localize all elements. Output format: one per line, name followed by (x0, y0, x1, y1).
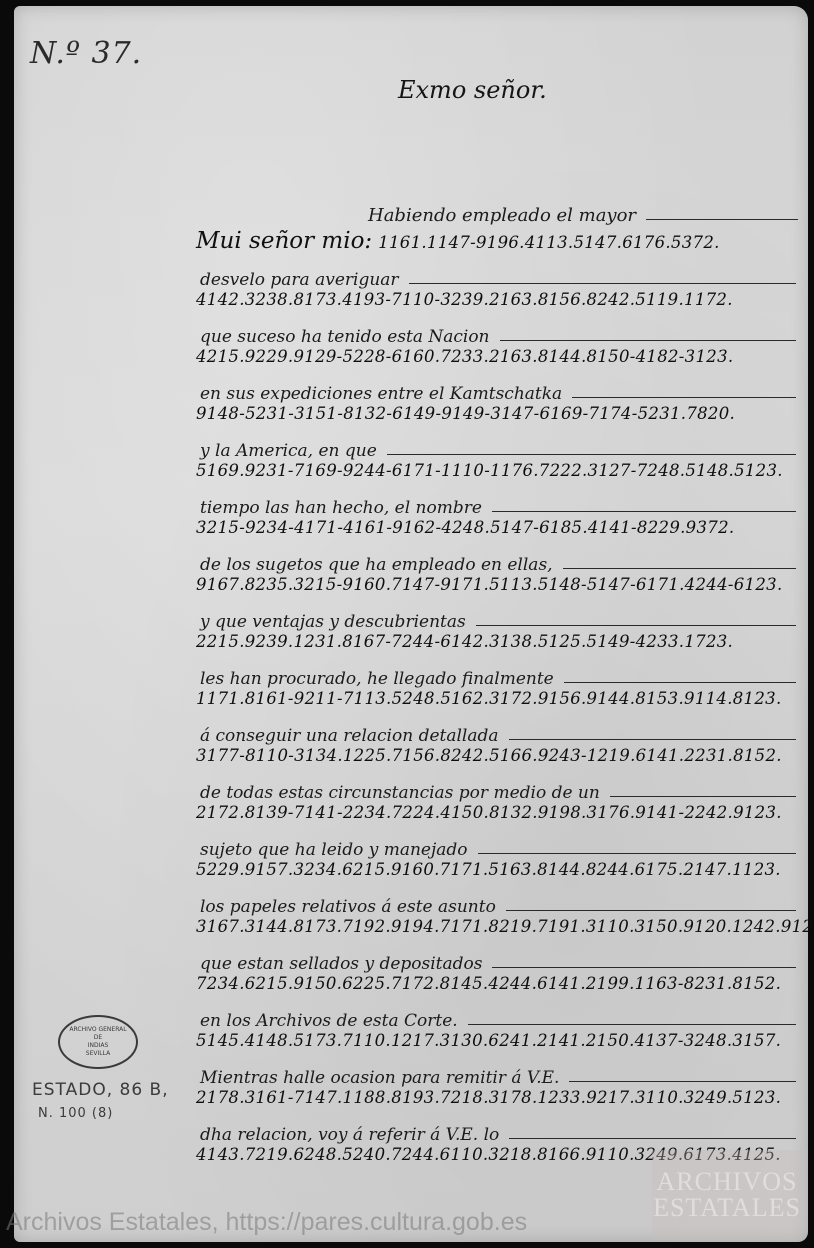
plaintext-text: en sus expediciones entre el Kamtschatka (200, 384, 562, 404)
line-pair: los papeles relativos á este asunto 3167… (196, 891, 802, 948)
cipher-line: 1161.1147-9196.4113.5147.6176.5372. (378, 233, 719, 252)
line-filler-rule (572, 397, 796, 398)
shelfmark-line1: ESTADO, 86 B, (32, 1080, 169, 1100)
line-filler-rule (509, 739, 796, 740)
logo-text: ARCHIVOS (657, 1169, 798, 1195)
plaintext-line: y que ventajas y descubrientas (200, 606, 796, 632)
line-pair: en sus expediciones entre el Kamtschatka… (196, 378, 802, 435)
line-filler-rule (468, 1024, 796, 1025)
greeting-row: Mui señor mio: 1161.1147-9196.4113.5147.… (196, 228, 720, 254)
line-filler-rule (492, 967, 796, 968)
cipher-line: 7234.6215.9150.6225.7172.8145.4244.6141.… (196, 974, 802, 993)
cipher-line: 4215.9229.9129-5228-6160.7233.2163.8144.… (196, 347, 802, 366)
cipher-line: 3215-9234-4171-4161-9162-4248.5147-6185.… (196, 518, 802, 537)
cipher-line: 3177-8110-3134.1225.7156.8242.5166.9243-… (196, 746, 802, 765)
plaintext-text: que estan sellados y depositados (200, 954, 482, 974)
archive-stamp: ARCHIVO GENERAL DE INDIAS SEVILLA (58, 1015, 138, 1069)
plaintext-line: en sus expediciones entre el Kamtschatka (200, 378, 796, 404)
line-pair: de todas estas circunstancias por medio … (196, 777, 802, 834)
stamp-text: DE (94, 1034, 102, 1042)
cipher-line: 3167.3144.8173.7192.9194.7171.8219.7191.… (196, 917, 802, 936)
line-pair: Mientras halle ocasion para remitir á V.… (196, 1062, 802, 1119)
plaintext-line: á conseguir una relacion detallada (200, 720, 796, 746)
plaintext-line: los papeles relativos á este asunto (200, 891, 796, 917)
line-pair: á conseguir una relacion detallada 3177-… (196, 720, 802, 777)
stamp-text: INDIAS (88, 1042, 109, 1050)
line-filler-rule (478, 853, 796, 854)
plaintext-text: sujeto que ha leido y manejado (200, 840, 468, 860)
line-filler-rule (476, 625, 796, 626)
shelfmark-line2: N. 100 (8) (38, 1106, 169, 1121)
plaintext-text: y la America, en que (200, 441, 377, 461)
plaintext-line: Mientras halle ocasion para remitir á V.… (200, 1062, 796, 1088)
line-filler-rule (569, 1081, 796, 1082)
plaintext-text: Habiendo empleado el mayor (368, 205, 636, 226)
plaintext-text: Mientras halle ocasion para remitir á V.… (200, 1068, 559, 1088)
stamp-text: SEVILLA (86, 1050, 110, 1058)
plaintext-line: dha relacion, voy á referir á V.E. lo (200, 1119, 796, 1145)
line-pair: sujeto que ha leido y manejado 5229.9157… (196, 834, 802, 891)
cipher-line: 9148-5231-3151-8132-6149-9149-3147-6169-… (196, 404, 802, 423)
watermark-text: Archivos Estatales, https://pares.cultur… (6, 1208, 527, 1237)
line-filler-rule (409, 283, 796, 284)
line-filler-rule (506, 910, 796, 911)
line-filler-rule (509, 1138, 796, 1139)
plaintext-line: que suceso ha tenido esta Nacion (200, 321, 796, 347)
cipher-line: 5169.9231-7169-9244-6171-1110-1176.7222.… (196, 461, 802, 480)
logo-text: ESTATALES (653, 1195, 801, 1221)
line-pair: que suceso ha tenido esta Nacion 4215.92… (196, 321, 802, 378)
line-pair: les han procurado, he llegado finalmente… (196, 663, 802, 720)
salutation: Exmo señor. (398, 76, 547, 104)
opening-line: Habiendo empleado el mayor Mui señor mio… (196, 198, 802, 264)
line-filler-rule (492, 511, 796, 512)
shelfmark: ESTADO, 86 B, N. 100 (8) (32, 1080, 169, 1121)
line-pair: y la America, en que 5169.9231-7169-9244… (196, 435, 802, 492)
plaintext-line: y la America, en que (200, 435, 796, 461)
line-pair: tiempo las han hecho, el nombre 3215-923… (196, 492, 802, 549)
plaintext-text: desvelo para averiguar (200, 270, 399, 290)
line-pair: que estan sellados y depositados 7234.62… (196, 948, 802, 1005)
line-filler-rule (500, 340, 796, 341)
line-pair: y que ventajas y descubrientas 2215.9239… (196, 606, 802, 663)
plaintext-text: los papeles relativos á este asunto (200, 897, 496, 917)
line-filler-rule (646, 219, 798, 220)
cipher-line: 2172.8139-7141-2234.7224.4150.8132.9198.… (196, 803, 802, 822)
plaintext-line: tiempo las han hecho, el nombre (200, 492, 796, 518)
line-filler-rule (387, 454, 796, 455)
cipher-line: 5229.9157.3234.6215.9160.7171.5163.8144.… (196, 860, 802, 879)
stamp-text: ARCHIVO GENERAL (69, 1026, 126, 1034)
plaintext-text: dha relacion, voy á referir á V.E. lo (200, 1125, 499, 1145)
line-pair: de los sugetos que ha empleado en ellas,… (196, 549, 802, 606)
cipher-line: 4142.3238.8173.4193-7110-3239.2163.8156.… (196, 290, 802, 309)
line-pair: desvelo para averiguar 4142.3238.8173.41… (196, 264, 802, 321)
plaintext-line: sujeto que ha leido y manejado (200, 834, 796, 860)
plaintext-line: de todas estas circunstancias por medio … (200, 777, 796, 803)
plaintext-line: en los Archivos de esta Corte. (200, 1005, 796, 1031)
cipher-line: 1171.8161-9211-7113.5248.5162.3172.9156.… (196, 689, 802, 708)
plaintext-text: y que ventajas y descubrientas (200, 612, 466, 632)
plaintext-line: que estan sellados y depositados (200, 948, 796, 974)
plaintext-line: de los sugetos que ha empleado en ellas, (200, 549, 796, 575)
line-filler-rule (564, 682, 796, 683)
plaintext-text: que suceso ha tenido esta Nacion (200, 327, 490, 347)
plaintext-line: les han procurado, he llegado finalmente (200, 663, 796, 689)
plaintext-text: en los Archivos de esta Corte. (200, 1011, 458, 1031)
plaintext-text: á conseguir una relacion detallada (200, 726, 499, 746)
line-filler-rule (610, 796, 796, 797)
cipher-line: 9167.8235.3215-9160.7147-9171.5113.5148-… (196, 575, 802, 594)
folio-number: N.º 37. (30, 36, 142, 71)
cipher-line: 5145.4148.5173.7110.1217.3130.6241.2141.… (196, 1031, 802, 1050)
plaintext-line: desvelo para averiguar (200, 264, 796, 290)
plaintext-text: les han procurado, he llegado finalmente (200, 669, 554, 689)
letter-body: Habiendo empleado el mayor Mui señor mio… (196, 198, 802, 1176)
plaintext-text: de los sugetos que ha empleado en ellas, (200, 555, 553, 575)
plaintext-text: de todas estas circunstancias por medio … (200, 783, 600, 803)
document-scan: N.º 37. Exmo señor. Habiendo empleado el… (0, 0, 814, 1248)
archive-logo-watermark: ARCHIVOS ESTATALES (652, 1150, 802, 1240)
cipher-line: 2178.3161-7147.1188.8193.7218.3178.1233.… (196, 1088, 802, 1107)
line-filler-rule (563, 568, 796, 569)
line-pair: en los Archivos de esta Corte. 5145.4148… (196, 1005, 802, 1062)
greeting: Mui señor mio: (196, 228, 372, 254)
cipher-line: 2215.9239.1231.8167-7244-6142.3138.5125.… (196, 632, 802, 651)
plaintext-line: Habiendo empleado el mayor (368, 198, 798, 226)
plaintext-text: tiempo las han hecho, el nombre (200, 498, 482, 518)
